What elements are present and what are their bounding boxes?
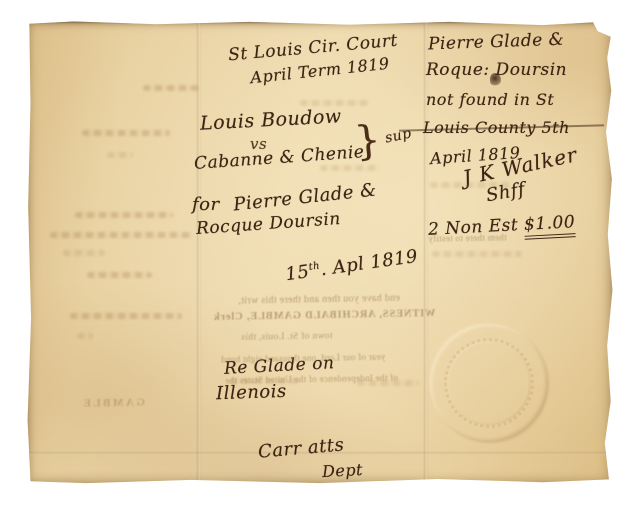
return-line-1: Pierre Glade & — [428, 30, 565, 55]
bleedthrough-smudge — [143, 85, 199, 91]
embossed-seal-inner-ring — [444, 338, 534, 428]
scanned-document-page: { "paper": { "base_color": "#ead3a3", "i… — [0, 0, 640, 510]
bleedthrough-lord-line: year of our Lord, one thousand eight hun… — [221, 352, 385, 365]
plaintiff-name: Louis Boudow — [200, 105, 343, 134]
filing-date-rest: . Apl 1819 — [319, 246, 419, 280]
bleedthrough-witness-line: WITNESS, ARCHIBALD GAMBLE, Clerk — [213, 308, 436, 323]
brace-annotation: sup — [384, 125, 413, 146]
caption-brace: } — [353, 117, 384, 165]
bleedthrough-smudge — [432, 251, 522, 257]
bleedthrough-smudge — [50, 232, 193, 238]
embossed-court-seal — [430, 324, 548, 442]
bleedthrough-gamble-stamp: GAMBLE — [81, 396, 145, 409]
bleedthrough-smudge — [300, 100, 370, 106]
bleedthrough-smudge — [70, 313, 182, 319]
attorney-name: Carr atts — [257, 434, 345, 462]
bleedthrough-smudge — [75, 212, 173, 218]
bleedthrough-smudge — [357, 380, 419, 386]
filing-date-day: 15 — [284, 261, 311, 285]
bleedthrough-smudge — [430, 182, 510, 188]
bleedthrough-smudge — [77, 333, 93, 339]
attorney-title: Dept — [322, 460, 364, 481]
bleedthrough-testify-line: them there to testify — [428, 232, 507, 243]
bleedthrough-town-line: town of St. Louis, this — [241, 331, 333, 343]
bleedthrough-smudge — [230, 378, 300, 384]
for-label: for — [192, 194, 220, 215]
bleedthrough-smudge — [107, 152, 133, 158]
bleedthrough-writ-line: end have you then and there this writ, — [238, 293, 400, 307]
bleedthrough-smudge — [320, 165, 380, 171]
bleedthrough-smudge — [82, 130, 170, 136]
bleedthrough-smudge — [63, 250, 105, 256]
bleedthrough-smudge — [87, 272, 152, 278]
return-line-3: not found in St — [426, 90, 554, 109]
ink-blot — [490, 73, 501, 86]
fee-amount: $1.00 — [524, 212, 576, 240]
vertical-fold-crease-left — [197, 21, 201, 485]
return-line-4: Louis County 5th — [423, 118, 570, 137]
filing-date-line: 15th. Apl 1819 — [284, 246, 419, 285]
party-name-1: Pierre Glade & — [232, 180, 377, 216]
aged-paper-document: St Louis Cir. Court April Term 1819 Loui… — [27, 21, 613, 485]
